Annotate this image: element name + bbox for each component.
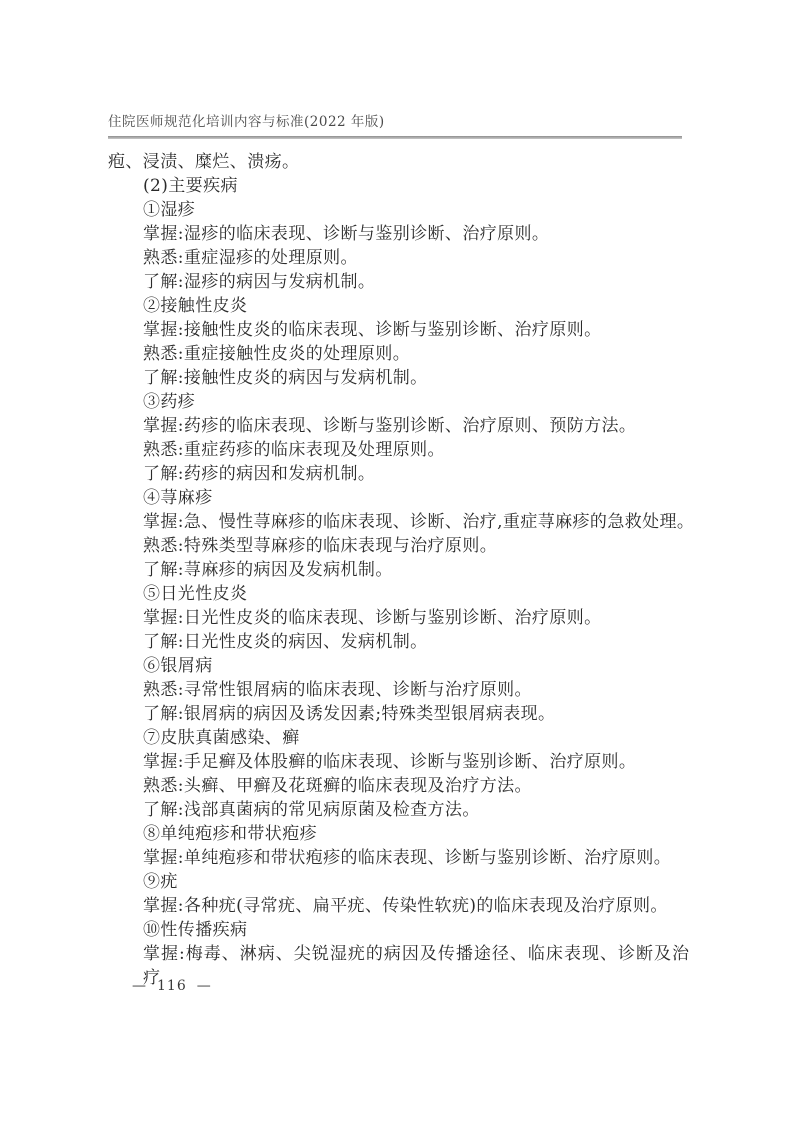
body-line: ①湿疹 — [108, 198, 690, 222]
footer-right-dash: — — [197, 978, 212, 994]
body-line: 了解:银屑病的病因及诱发因素;特殊类型银屑病表现。 — [108, 702, 690, 726]
body-line: 了解:接触性皮炎的病因与发病机制。 — [108, 366, 690, 390]
body-line: ⑦皮肤真菌感染、癣 — [108, 726, 690, 750]
body-line: ⑤日光性皮炎 — [108, 582, 690, 606]
body-line: 疱、浸渍、糜烂、溃疡。 — [108, 150, 690, 174]
body-line: 熟悉:重症接触性皮炎的处理原则。 — [108, 342, 690, 366]
body-line: 熟悉:特殊类型荨麻疹的临床表现与治疗原则。 — [108, 534, 690, 558]
body-line: ⑧单纯疱疹和带状疱疹 — [108, 822, 690, 846]
body-line: ②接触性皮炎 — [108, 294, 690, 318]
body-line: 了解:药疹的病因和发病机制。 — [108, 462, 690, 486]
body-line: 熟悉:寻常性银屑病的临床表现、诊断与治疗原则。 — [108, 678, 690, 702]
body-line: 熟悉:重症湿疹的处理原则。 — [108, 246, 690, 270]
body-line: 掌握:急、慢性荨麻疹的临床表现、诊断、治疗,重症荨麻疹的急救处理。 — [108, 510, 690, 534]
page-footer: —116— — [122, 978, 222, 994]
body-line: 了解:湿疹的病因与发病机制。 — [108, 270, 690, 294]
body-line: 了解:浅部真菌病的常见病原菌及检查方法。 — [108, 798, 690, 822]
body-line: 熟悉:重症药疹的临床表现及处理原则。 — [108, 438, 690, 462]
running-header-title: 住院医师规范化培训内容与标准(2022 年版) — [108, 113, 690, 131]
body-line: ⑨疣 — [108, 870, 690, 894]
body-line: (2)主要疾病 — [108, 174, 690, 198]
body-line: ③药疹 — [108, 390, 690, 414]
body-line: 掌握:各种疣(寻常疣、扁平疣、传染性软疣)的临床表现及治疗原则。 — [108, 894, 690, 918]
body-line: 了解:荨麻疹的病因及发病机制。 — [108, 558, 690, 582]
body-line: 熟悉:头癣、甲癣及花斑癣的临床表现及治疗方法。 — [108, 774, 690, 798]
document-page: 住院医师规范化培训内容与标准(2022 年版) 疱、浸渍、糜烂、溃疡。(2)主要… — [0, 0, 800, 1131]
page-number: 116 — [157, 978, 187, 994]
footer-left-dash: — — [132, 978, 147, 994]
body-line: 掌握:药疹的临床表现、诊断与鉴别诊断、治疗原则、预防方法。 — [108, 414, 690, 438]
body-line: 掌握:湿疹的临床表现、诊断与鉴别诊断、治疗原则。 — [108, 222, 690, 246]
body-line: 掌握:日光性皮炎的临床表现、诊断与鉴别诊断、治疗原则。 — [108, 606, 690, 630]
body-line: 掌握:单纯疱疹和带状疱疹的临床表现、诊断与鉴别诊断、治疗原则。 — [108, 846, 690, 870]
body-line: ④荨麻疹 — [108, 486, 690, 510]
body-line: ⑥银屑病 — [108, 654, 690, 678]
body-line: 掌握:手足癣及体股癣的临床表现、诊断与鉴别诊断、治疗原则。 — [108, 750, 690, 774]
body-text: 疱、浸渍、糜烂、溃疡。(2)主要疾病①湿疹掌握:湿疹的临床表现、诊断与鉴别诊断、… — [108, 150, 690, 966]
body-line: 掌握:梅毒、淋病、尖锐湿疣的病因及传播途径、临床表现、诊断及治疗 — [108, 942, 690, 966]
body-line: ⑩性传播疾病 — [108, 918, 690, 942]
header-rule — [108, 136, 682, 139]
body-line: 了解:日光性皮炎的病因、发病机制。 — [108, 630, 690, 654]
body-line: 掌握:接触性皮炎的临床表现、诊断与鉴别诊断、治疗原则。 — [108, 318, 690, 342]
